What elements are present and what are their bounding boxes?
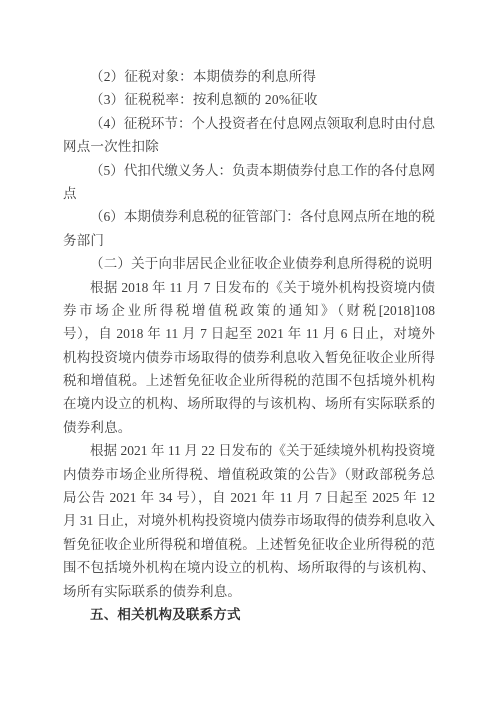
para-2018-line-1: 根据 2018 年 11 月 7 日发布的《关于境外机构投资境内债 (63, 276, 435, 299)
subsection-2-heading: （二）关于向非居民企业征收企业债券利息所得税的说明 (63, 252, 435, 275)
section-5-heading: 五、相关机构及联系方式 (63, 603, 435, 626)
para-2021-line-5: 暂免征收企业所得税和增值税。上述暂免征收企业所得税的范 (63, 533, 435, 556)
para-2021-line-6: 围不包括境外机构在境内设立的机构、场所取得的与该机构、 (63, 556, 435, 579)
clause-4-tax-stage: （4）征税环节：个人投资者在付息网点领取利息时由付息 (63, 112, 435, 135)
para-2018-line-3: 号），自 2018 年 11 月 7 日起至 2021 年 11 月 6 日止，… (63, 322, 435, 345)
para-2021-line-1: 根据 2021 年 11 月 22 日发布的《关于延续境外机构投资境 (63, 439, 435, 462)
clause-5-withholding-agent: （5）代扣代缴义务人：负责本期债券付息工作的各付息网 (63, 159, 435, 182)
clause-2-tax-object: （2）征税对象：本期债券的利息所得 (63, 65, 435, 88)
para-2021-line-2: 内债券市场企业所得税、增值税政策的公告》（财政部税务总 (63, 463, 435, 486)
document-page: （2）征税对象：本期债券的利息所得（3）征税税率：按利息额的 20%征收（4）征… (0, 0, 500, 706)
clause-6-tax-authority: （6）本期债券利息税的征管部门：各付息网点所在地的税 (63, 205, 435, 228)
para-2018-line-4: 机构投资境内债券市场取得的债券利息收入暂免征收企业所得 (63, 346, 435, 369)
document-text-block: （2）征税对象：本期债券的利息所得（3）征税税率：按利息额的 20%征收（4）征… (63, 65, 435, 626)
clause-6-continuation: 务部门 (63, 229, 435, 252)
para-2018-line-2: 券市场企业所得税增值税政策的通知》（财税[2018]108 (63, 299, 435, 322)
clause-4-continuation: 网点一次性扣除 (63, 135, 435, 158)
clause-5-continuation: 点 (63, 182, 435, 205)
clause-3-tax-rate: （3）征税税率：按利息额的 20%征收 (63, 88, 435, 111)
para-2018-line-7: 债券利息。 (63, 416, 435, 439)
para-2021-line-3: 局公告 2021 年 34 号），自 2021 年 11 月 7 日起至 202… (63, 486, 435, 509)
para-2021-line-7: 场所有实际联系的债券利息。 (63, 580, 435, 603)
para-2018-line-5: 税和增值税。上述暂免征收企业所得税的范围不包括境外机构 (63, 369, 435, 392)
para-2018-line-6: 在境内设立的机构、场所取得的与该机构、场所有实际联系的 (63, 392, 435, 415)
para-2021-line-4: 月 31 日止，对境外机构投资境内债券市场取得的债券利息收入 (63, 509, 435, 532)
